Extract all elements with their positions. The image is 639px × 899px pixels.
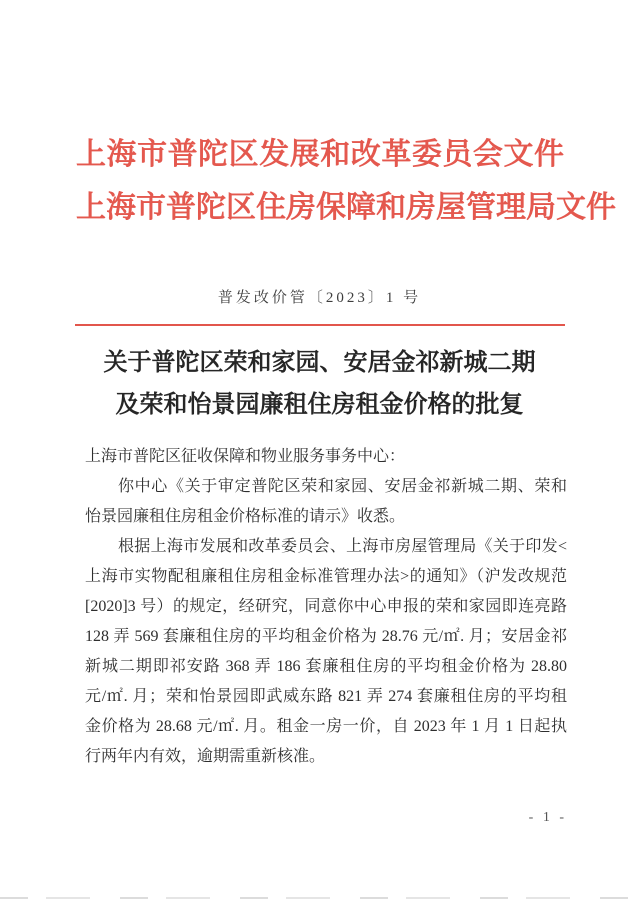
body-line: 128 弄 569 套廉租住房的平均租金价格为 28.76 元/㎡. 月；安居金… — [85, 622, 567, 652]
letterhead-line-2: 上海市普陀区住房保障和房屋管理局文件 — [76, 189, 564, 227]
body-line: 金价格为 28.68 元/㎡. 月。租金一房一价，自 2023 年 1 月 1 … — [85, 712, 567, 742]
body-line: 你中心《关于审定普陀区荣和家园、安居金祁新城二期、荣和 — [85, 472, 567, 502]
body-line: 行两年内有效，逾期需重新核准。 — [85, 742, 567, 772]
body-line: 怡景园廉租住房租金价格标准的请示》收悉。 — [85, 502, 567, 532]
body-line: 根据上海市发展和改革委员会、上海市房屋管理局《关于印发< — [85, 532, 567, 562]
document-page: 上海市普陀区发展和改革委员会文件 上海市普陀区住房保障和房屋管理局文件 普发改价… — [0, 0, 639, 899]
letterhead-line-1: 上海市普陀区发展和改革委员会文件 — [76, 136, 564, 174]
document-title-line-1: 关于普陀区荣和家园、安居金祁新城二期 — [0, 342, 639, 384]
document-title: 关于普陀区荣和家园、安居金祁新城二期 及荣和怡景园廉租住房租金价格的批复 — [0, 342, 639, 426]
document-body: 上海市普陀区征收保障和物业服务事务中心： 你中心《关于审定普陀区荣和家园、安居金… — [85, 442, 567, 772]
red-divider-rule — [75, 324, 565, 326]
body-line: 上海市实物配租廉租住房租金标准管理办法>的通知》（沪发改规范 — [85, 562, 567, 592]
page-number: - 1 - — [529, 810, 567, 826]
body-line: 元/㎡. 月；荣和怡景园即武威东路 821 弄 274 套廉租住房的平均租 — [85, 682, 567, 712]
letterhead: 上海市普陀区发展和改革委员会文件 上海市普陀区住房保障和房屋管理局文件 — [76, 136, 564, 227]
body-line: [2020]3 号）的规定，经研究，同意你中心申报的荣和家园即连亮路 — [85, 592, 567, 622]
body-line: 新城二期即祁安路 368 弄 186 套廉租住房的平均租金价格为 28.80 — [85, 652, 567, 682]
body-line-recipient: 上海市普陀区征收保障和物业服务事务中心： — [85, 442, 567, 472]
document-number: 普发改价管〔2023〕1 号 — [0, 286, 639, 307]
document-title-line-2: 及荣和怡景园廉租住房租金价格的批复 — [0, 384, 639, 426]
